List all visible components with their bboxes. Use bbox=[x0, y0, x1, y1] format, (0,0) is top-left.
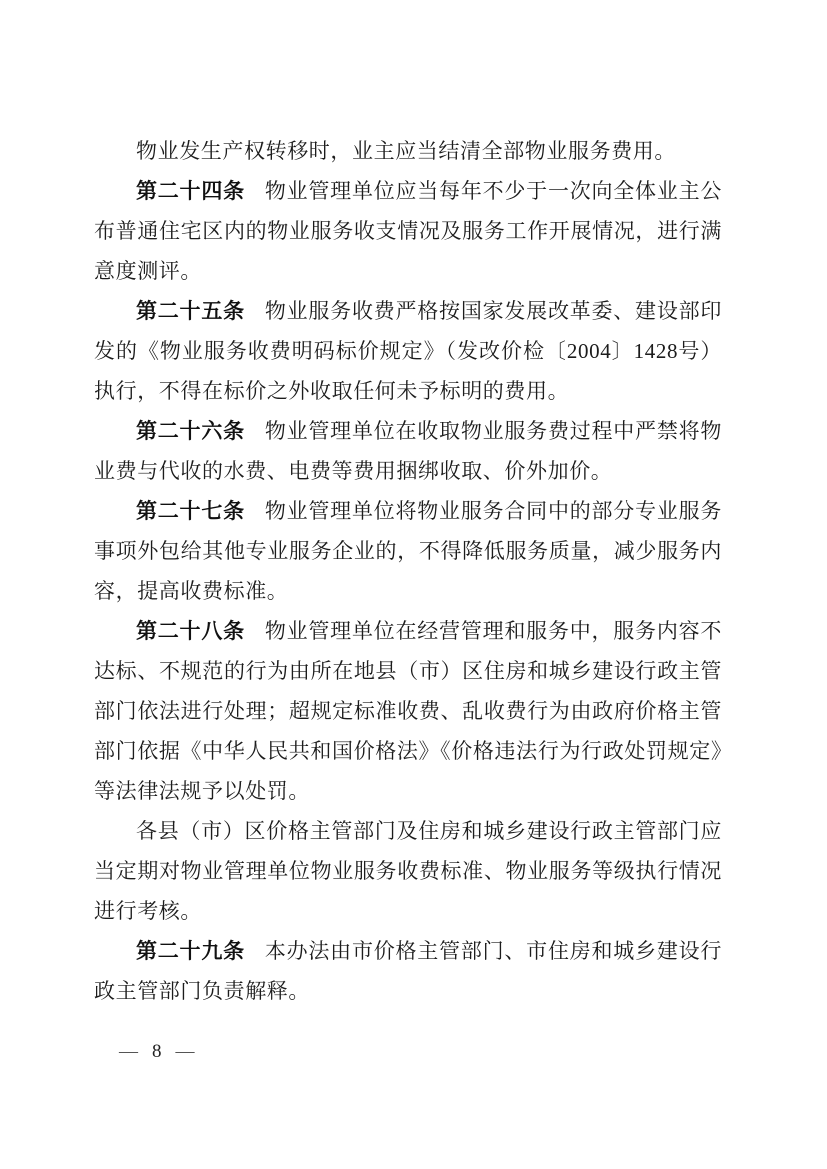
footer-dash-left: — bbox=[119, 1041, 138, 1062]
article-heading: 第二十七条 bbox=[136, 499, 245, 523]
paragraph-text: 各县（市）区价格主管部门及住房和城乡建设行政主管部门应当定期对物业管理单位物业服… bbox=[94, 819, 722, 923]
paragraph-article-28: 第二十八条物业管理单位在经营管理和服务中，服务内容不达标、不规范的行为由所在地县… bbox=[94, 611, 722, 811]
paragraph-text: 物业管理单位在经营管理和服务中，服务内容不达标、不规范的行为由所在地县（市）区住… bbox=[94, 619, 722, 803]
article-heading: 第二十九条 bbox=[136, 939, 245, 963]
article-heading: 第二十五条 bbox=[136, 299, 245, 323]
paragraph-article-26: 第二十六条物业管理单位在收取物业服务费过程中严禁将物业费与代收的水费、电费等费用… bbox=[94, 411, 722, 491]
paragraph-article-24: 第二十四条物业管理单位应当每年不少于一次向全体业主公布普通住宅区内的物业服务收支… bbox=[94, 171, 722, 291]
footer-dash-right: — bbox=[176, 1041, 195, 1062]
page-footer: —8— bbox=[119, 1038, 195, 1066]
document-page: 物业发生产权转移时，业主应当结清全部物业服务费用。 第二十四条物业管理单位应当每… bbox=[0, 0, 827, 1169]
paragraph: 各县（市）区价格主管部门及住房和城乡建设行政主管部门应当定期对物业管理单位物业服… bbox=[94, 811, 722, 931]
page-number: 8 bbox=[152, 1041, 162, 1062]
paragraph: 物业发生产权转移时，业主应当结清全部物业服务费用。 bbox=[94, 131, 722, 171]
paragraph-article-25: 第二十五条物业服务收费严格按国家发展改革委、建设部印发的《物业服务收费明码标价规… bbox=[94, 291, 722, 411]
article-heading: 第二十八条 bbox=[136, 619, 245, 643]
article-heading: 第二十四条 bbox=[136, 179, 245, 203]
paragraph-text: 物业发生产权转移时，业主应当结清全部物业服务费用。 bbox=[136, 139, 676, 163]
document-body: 物业发生产权转移时，业主应当结清全部物业服务费用。 第二十四条物业管理单位应当每… bbox=[94, 131, 722, 1011]
article-heading: 第二十六条 bbox=[136, 419, 245, 443]
paragraph-article-29: 第二十九条本办法由市价格主管部门、市住房和城乡建设行政主管部门负责解释。 bbox=[94, 931, 722, 1011]
paragraph-article-27: 第二十七条物业管理单位将物业服务合同中的部分专业服务事项外包给其他专业服务企业的… bbox=[94, 491, 722, 611]
